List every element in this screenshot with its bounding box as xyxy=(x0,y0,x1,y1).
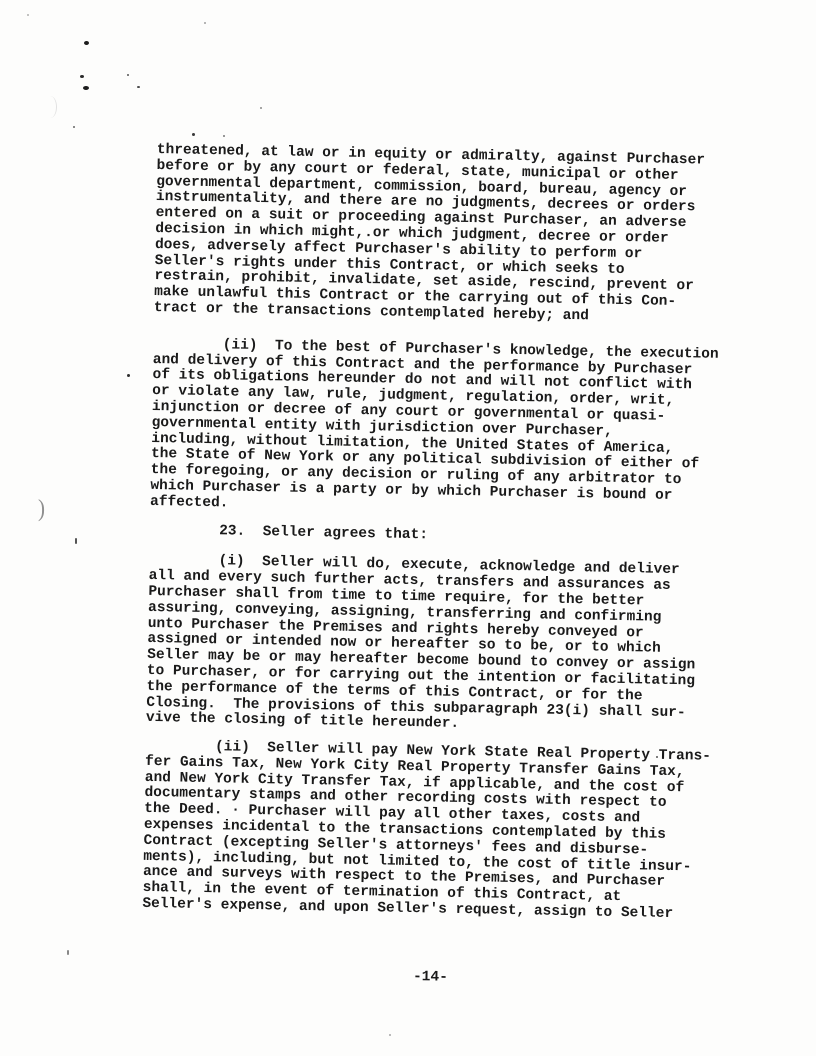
document-body: threatened, at law or in equity or admir… xyxy=(141,143,787,993)
page-number: -14- xyxy=(413,970,771,993)
scan-speck xyxy=(67,950,69,955)
scan-speck xyxy=(204,22,206,24)
section-23-heading: 23. Seller agrees that: xyxy=(149,522,779,550)
scan-speck xyxy=(84,41,89,45)
paragraph-continuation: threatened, at law or in equity or admir… xyxy=(154,143,787,329)
paragraph-clause-i-seller: (i) Seller will do, execute, acknowledge… xyxy=(146,553,779,739)
scan-speck xyxy=(127,74,129,76)
scan-speck xyxy=(27,14,29,16)
margin-paren-mark: ) xyxy=(38,494,45,523)
scan-speck xyxy=(137,86,140,88)
scan-speck xyxy=(75,538,77,544)
scan-speck xyxy=(192,133,195,136)
scanned-page: ) threatened, at law or in equity or adm… xyxy=(0,0,816,1056)
scan-speck xyxy=(389,1034,391,1036)
scan-speck xyxy=(83,86,89,90)
scan-speck xyxy=(73,126,75,128)
scan-faint-arc xyxy=(44,96,57,118)
scan-speck xyxy=(80,75,84,78)
paragraph-clause-ii-purchaser: (ii) To the best of Purchaser's knowledg… xyxy=(150,337,783,523)
scan-speck xyxy=(223,135,225,137)
scan-speck xyxy=(127,374,130,377)
scan-speck xyxy=(260,107,262,109)
paragraph-clause-ii-seller: (ii) Seller will pay New York State Real… xyxy=(142,739,775,925)
